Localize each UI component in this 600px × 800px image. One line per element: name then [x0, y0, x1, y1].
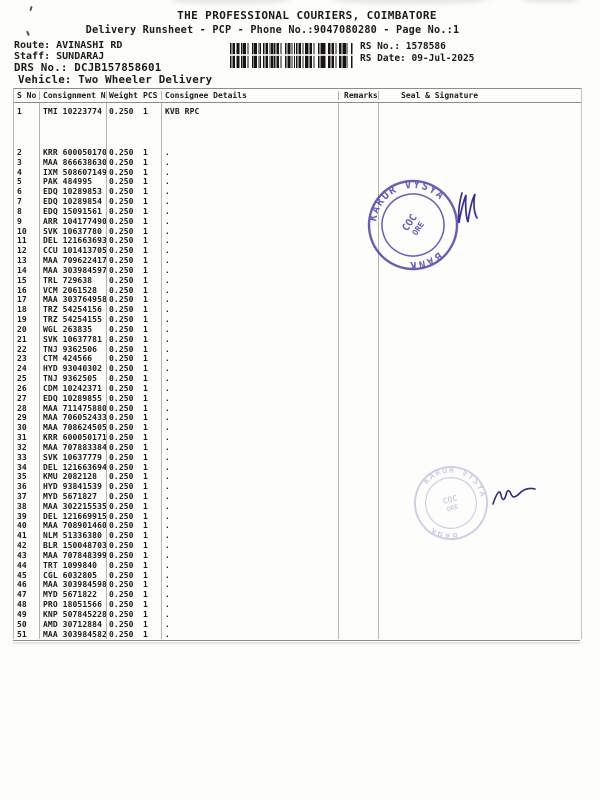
cell-remarks — [338, 394, 378, 404]
cell-sno: 20 — [14, 325, 39, 335]
cell-consignment-no: MAA 866638630 — [39, 158, 106, 168]
runsheet-barcode — [230, 43, 353, 68]
table-row: 29MAA 7060524330.2501. — [14, 413, 581, 423]
cell-pcs: 1 — [138, 502, 161, 512]
cell-remarks — [338, 286, 378, 296]
cell-pcs: 1 — [138, 512, 161, 522]
cell-consignment-no: PRO 18051566 — [39, 600, 106, 610]
cell-sno: 9 — [14, 217, 39, 227]
cell-pcs: 1 — [138, 620, 161, 630]
cell-consignment-no: MAA 303984582 — [39, 630, 106, 640]
cell-consignee: . — [161, 630, 338, 640]
stamp-bottom-text: BANK — [404, 248, 445, 275]
cell-remarks — [338, 103, 378, 148]
table-row: 25TNJ 93625050.2501. — [14, 374, 581, 384]
cell-weight: 0.250 — [106, 521, 138, 531]
cell-pcs: 1 — [138, 295, 161, 305]
cell-sno: 40 — [14, 521, 39, 531]
cell-seal-signature — [378, 315, 581, 325]
cell-consignee: . — [161, 177, 338, 187]
cell-sno: 27 — [14, 394, 39, 404]
cell-weight: 0.250 — [106, 571, 138, 581]
cell-remarks — [338, 600, 378, 610]
cell-consignee: . — [161, 463, 338, 473]
table-row: 28MAA 7114758800.2501. — [14, 404, 581, 414]
cell-seal-signature — [378, 158, 581, 168]
cell-remarks — [338, 561, 378, 571]
cell-remarks — [338, 315, 378, 325]
svg-text:BANK: BANK — [404, 248, 445, 275]
cell-consignment-no: CTM 424566 — [39, 354, 106, 364]
cell-pcs: 1 — [138, 374, 161, 384]
cell-consignee: . — [161, 620, 338, 630]
cell-pcs: 1 — [138, 103, 161, 148]
svg-text:KARUR VYSYA: KARUR VYSYA — [359, 170, 449, 225]
cell-consignee: . — [161, 482, 338, 492]
company-title: THE PROFESSIONAL COURIERS, COIMBATORE — [0, 9, 600, 22]
cell-weight: 0.250 — [106, 168, 138, 178]
stamp-top-text: KARUR VYSYA — [420, 459, 493, 501]
cell-sno: 37 — [14, 492, 39, 502]
cell-consignment-no: EDQ 10289853 — [39, 187, 106, 197]
cell-consignee: . — [161, 580, 338, 590]
cell-remarks — [338, 571, 378, 581]
table-row: 5PAK 4849950.2501. — [14, 177, 581, 187]
cell-weight: 0.250 — [106, 443, 138, 453]
cell-weight: 0.250 — [106, 492, 138, 502]
cell-sno: 8 — [14, 207, 39, 217]
cell-consignment-no: KMU 2082128 — [39, 472, 106, 482]
cell-sno: 32 — [14, 443, 39, 453]
cell-remarks — [338, 158, 378, 168]
cell-remarks — [338, 345, 378, 355]
bank-seal-stamp-faint: KARUR VYSYA BANK COC ORE — [406, 458, 496, 552]
cell-sno: 50 — [14, 620, 39, 630]
cell-weight: 0.250 — [106, 551, 138, 561]
cell-sno: 10 — [14, 227, 39, 237]
cell-remarks — [338, 580, 378, 590]
cell-consignment-no: VCM 2061528 — [39, 286, 106, 296]
cell-pcs: 1 — [138, 482, 161, 492]
col-header-remarks: Remarks — [338, 91, 378, 100]
cell-weight: 0.250 — [106, 236, 138, 246]
table-row: 30MAA 7086245050.2501. — [14, 423, 581, 433]
table-row: 1TMI 102237740.2501KVB RPC — [14, 103, 581, 148]
cell-seal-signature — [378, 305, 581, 315]
cell-consignment-no: KRR 600050170 — [39, 148, 106, 158]
cell-consignment-no: SVK 10637779 — [39, 453, 106, 463]
cell-pcs: 1 — [138, 443, 161, 453]
cell-sno: 42 — [14, 541, 39, 551]
cell-sno: 30 — [14, 423, 39, 433]
cell-seal-signature — [378, 295, 581, 305]
cell-sno: 31 — [14, 433, 39, 443]
cell-pcs: 1 — [138, 610, 161, 620]
table-row: 19TRZ 542541550.2501. — [14, 315, 581, 325]
cell-pcs: 1 — [138, 335, 161, 345]
cell-consignee: . — [161, 168, 338, 178]
cell-remarks — [338, 384, 378, 394]
cell-pcs: 1 — [138, 207, 161, 217]
col-header-pcs: PCS — [138, 91, 161, 100]
cell-seal-signature — [378, 325, 581, 335]
cell-remarks — [338, 521, 378, 531]
table-row: 45CGL 60328050.2501. — [14, 571, 581, 581]
cell-consignment-no: TMI 10223774 — [39, 103, 106, 148]
cell-consignment-no: TRL 729638 — [39, 276, 106, 286]
cell-consignment-no: EDQ 10289854 — [39, 197, 106, 207]
table-row: 7EDQ 102898540.2501. — [14, 197, 581, 207]
col-header-seal: Seal & Signature — [378, 91, 581, 100]
cell-consignee: . — [161, 217, 338, 227]
cell-sno: 45 — [14, 571, 39, 581]
cell-seal-signature — [378, 286, 581, 296]
cell-pcs: 1 — [138, 325, 161, 335]
cell-sno: 19 — [14, 315, 39, 325]
cell-consignment-no: DEL 121669915 — [39, 512, 106, 522]
cell-pcs: 1 — [138, 227, 161, 237]
cell-consignment-no: DEL 121663694 — [39, 463, 106, 473]
cell-pcs: 1 — [138, 266, 161, 276]
cell-consignee: . — [161, 335, 338, 345]
runsheet-info-left: Route: AVINASHI RD Staff: SUNDARAJ DRS N… — [14, 40, 212, 86]
table-row: 13MAA 7096224170.2501. — [14, 256, 581, 266]
cell-weight: 0.250 — [106, 364, 138, 374]
cell-consignment-no: NLM 51336380 — [39, 531, 106, 541]
cell-consignee: . — [161, 286, 338, 296]
cell-remarks — [338, 148, 378, 158]
cell-weight: 0.250 — [106, 472, 138, 482]
cell-remarks — [338, 364, 378, 374]
cell-pcs: 1 — [138, 590, 161, 600]
scan-smudge — [520, 0, 580, 3]
cell-seal-signature — [378, 384, 581, 394]
table-row: 47MYD 56718220.2501. — [14, 590, 581, 600]
cell-weight: 0.250 — [106, 345, 138, 355]
table-row: 32MAA 7078833840.2501. — [14, 443, 581, 453]
cell-consignee: . — [161, 502, 338, 512]
cell-consignment-no: SVK 10637781 — [39, 335, 106, 345]
cell-weight: 0.250 — [106, 295, 138, 305]
cell-pcs: 1 — [138, 364, 161, 374]
cell-consignee: . — [161, 266, 338, 276]
cell-pcs: 1 — [138, 197, 161, 207]
cell-consignment-no: HYD 93841539 — [39, 482, 106, 492]
cell-remarks — [338, 502, 378, 512]
cell-consignee: . — [161, 256, 338, 266]
cell-consignment-no: TRT 1099840 — [39, 561, 106, 571]
cell-sno: 43 — [14, 551, 39, 561]
cell-consignment-no: MAA 707848399 — [39, 551, 106, 561]
cell-consignment-no: TNJ 9362505 — [39, 374, 106, 384]
cell-weight: 0.250 — [106, 502, 138, 512]
table-row: 27EDQ 102898550.2501. — [14, 394, 581, 404]
cell-consignee: . — [161, 541, 338, 551]
table-row: 15TRL 7296380.2501. — [14, 276, 581, 286]
table-row: 16VCM 20615280.2501. — [14, 286, 581, 296]
cell-sno: 39 — [14, 512, 39, 522]
cell-remarks — [338, 305, 378, 315]
cell-pcs: 1 — [138, 394, 161, 404]
cell-pcs: 1 — [138, 158, 161, 168]
cell-consignment-no: MAA 706052433 — [39, 413, 106, 423]
cell-consignment-no: MYD 5671822 — [39, 590, 106, 600]
cell-consignee: . — [161, 325, 338, 335]
cell-consignment-no: MAA 303984598 — [39, 580, 106, 590]
cell-consignee: . — [161, 148, 338, 158]
cell-sno: 4 — [14, 168, 39, 178]
cell-sno: 33 — [14, 453, 39, 463]
cell-consignee: . — [161, 295, 338, 305]
cell-consignee: . — [161, 433, 338, 443]
cell-weight: 0.250 — [106, 630, 138, 640]
cell-weight: 0.250 — [106, 413, 138, 423]
cell-weight: 0.250 — [106, 561, 138, 571]
table-row: 18TRZ 542541560.2501. — [14, 305, 581, 315]
cell-remarks — [338, 541, 378, 551]
cell-weight: 0.250 — [106, 463, 138, 473]
cell-consignee: KVB RPC — [161, 103, 338, 148]
cell-pcs: 1 — [138, 168, 161, 178]
cell-weight: 0.250 — [106, 148, 138, 158]
cell-weight: 0.250 — [106, 103, 138, 148]
cell-weight: 0.250 — [106, 404, 138, 414]
cell-weight: 0.250 — [106, 620, 138, 630]
table-row: 22TNJ 93625060.2501. — [14, 345, 581, 355]
table-row: 20WGL 2638350.2501. — [14, 325, 581, 335]
cell-remarks — [338, 433, 378, 443]
runsheet-info-right: RS No.: 1578586 RS Date: 09-Jul-2025 — [360, 41, 474, 64]
table-row: 48PRO 180515660.2501. — [14, 600, 581, 610]
route-line: Route: AVINASHI RD — [14, 40, 212, 51]
cell-pcs: 1 — [138, 148, 161, 158]
cell-remarks — [338, 551, 378, 561]
cell-pcs: 1 — [138, 217, 161, 227]
cell-remarks — [338, 492, 378, 502]
table-row: 21SVK 106377810.2501. — [14, 335, 581, 345]
cell-seal-signature — [378, 394, 581, 404]
cell-pcs: 1 — [138, 600, 161, 610]
cell-consignee: . — [161, 492, 338, 502]
stamp-top-text: KARUR VYSYA — [359, 170, 449, 225]
cell-sno: 36 — [14, 482, 39, 492]
cell-pcs: 1 — [138, 384, 161, 394]
cell-consignment-no: DEL 121663693 — [39, 236, 106, 246]
cell-seal-signature — [378, 561, 581, 571]
cell-weight: 0.250 — [106, 325, 138, 335]
table-row: 14MAA 3039845970.2501. — [14, 266, 581, 276]
cell-weight: 0.250 — [106, 227, 138, 237]
cell-consignment-no: MAA 708624505 — [39, 423, 106, 433]
cell-weight: 0.250 — [106, 276, 138, 286]
cell-sno: 7 — [14, 197, 39, 207]
table-row: 3MAA 8666386300.2501. — [14, 158, 581, 168]
cell-seal-signature — [378, 364, 581, 374]
cell-remarks — [338, 453, 378, 463]
cell-remarks — [338, 354, 378, 364]
col-header-weight: Weight — [106, 91, 138, 100]
cell-weight: 0.250 — [106, 433, 138, 443]
runsheet-subtitle: Delivery Runsheet - PCP - Phone No.:9047… — [0, 25, 545, 36]
cell-consignment-no: CGL 6032805 — [39, 571, 106, 581]
cell-pcs: 1 — [138, 521, 161, 531]
cell-weight: 0.250 — [106, 246, 138, 256]
cell-consignment-no: IXM 508607149 — [39, 168, 106, 178]
cell-pcs: 1 — [138, 423, 161, 433]
table-row: 50AMD 307128840.2501. — [14, 620, 581, 630]
cell-weight: 0.250 — [106, 453, 138, 463]
cell-seal-signature — [378, 551, 581, 561]
table-bottom-border — [13, 640, 580, 641]
cell-consignee: . — [161, 590, 338, 600]
cell-consignee: . — [161, 236, 338, 246]
cell-pcs: 1 — [138, 286, 161, 296]
cell-weight: 0.250 — [106, 197, 138, 207]
cell-consignment-no: EDQ 10289855 — [39, 394, 106, 404]
cell-consignee: . — [161, 374, 338, 384]
cell-weight: 0.250 — [106, 266, 138, 276]
cell-seal-signature — [378, 374, 581, 384]
cell-remarks — [338, 610, 378, 620]
cell-weight: 0.250 — [106, 256, 138, 266]
cell-sno: 29 — [14, 413, 39, 423]
cell-consignee: . — [161, 571, 338, 581]
cell-consignment-no: MAA 709622417 — [39, 256, 106, 266]
consignment-table: S No Consignment No Weight PCS Consignee… — [13, 88, 582, 639]
cell-consignment-no: HYD 93040302 — [39, 364, 106, 374]
cell-consignment-no: KRR 600050171 — [39, 433, 106, 443]
cell-weight: 0.250 — [106, 541, 138, 551]
cell-weight: 0.250 — [106, 315, 138, 325]
cell-sno: 38 — [14, 502, 39, 512]
cell-sno: 1 — [14, 103, 39, 148]
cell-weight: 0.250 — [106, 187, 138, 197]
cell-sno: 22 — [14, 345, 39, 355]
cell-sno: 51 — [14, 630, 39, 640]
cell-pcs: 1 — [138, 187, 161, 197]
cell-weight: 0.250 — [106, 286, 138, 296]
table-row: 9ARR 1041774900.2501. — [14, 217, 581, 227]
cell-weight: 0.250 — [106, 423, 138, 433]
cell-pcs: 1 — [138, 531, 161, 541]
cell-seal-signature — [378, 413, 581, 423]
cell-consignment-no: ARR 104177490 — [39, 217, 106, 227]
table-row: 46MAA 3039845980.2501. — [14, 580, 581, 590]
scanned-delivery-runsheet: { "header": { "title": "THE PROFESSIONAL… — [0, 0, 600, 800]
cell-consignment-no: PAK 484995 — [39, 177, 106, 187]
cell-consignee: . — [161, 315, 338, 325]
signature-mark — [450, 185, 495, 235]
cell-pcs: 1 — [138, 413, 161, 423]
cell-consignment-no: KNP 507845228 — [39, 610, 106, 620]
cell-consignee: . — [161, 453, 338, 463]
stamp-bottom-text: BANK — [427, 523, 460, 543]
cell-consignee: . — [161, 364, 338, 374]
cell-consignee: . — [161, 521, 338, 531]
table-row: 6EDQ 102898530.2501. — [14, 187, 581, 197]
table-row: 8EDQ 150915610.2501. — [14, 207, 581, 217]
cell-consignee: . — [161, 158, 338, 168]
cell-remarks — [338, 531, 378, 541]
cell-consignee: . — [161, 423, 338, 433]
cell-sno: 49 — [14, 610, 39, 620]
cell-seal-signature — [378, 620, 581, 630]
cell-pcs: 1 — [138, 354, 161, 364]
cell-pcs: 1 — [138, 463, 161, 473]
table-row: 49KNP 5078452280.2501. — [14, 610, 581, 620]
cell-weight: 0.250 — [106, 374, 138, 384]
cell-seal-signature — [378, 610, 581, 620]
cell-consignee: . — [161, 305, 338, 315]
cell-sno: 11 — [14, 236, 39, 246]
table-header-row: S No Consignment No Weight PCS Consignee… — [14, 88, 581, 103]
cell-consignment-no: AMD 30712884 — [39, 620, 106, 630]
cell-remarks — [338, 325, 378, 335]
cell-consignee: . — [161, 246, 338, 256]
cell-remarks — [338, 374, 378, 384]
cell-consignee: . — [161, 207, 338, 217]
cell-consignee: . — [161, 384, 338, 394]
cell-remarks — [338, 620, 378, 630]
cell-sno: 24 — [14, 364, 39, 374]
cell-seal-signature — [378, 335, 581, 345]
cell-sno: 3 — [14, 158, 39, 168]
cell-consignee: . — [161, 354, 338, 364]
cell-remarks — [338, 590, 378, 600]
cell-sno: 23 — [14, 354, 39, 364]
cell-sno: 15 — [14, 276, 39, 286]
cell-weight: 0.250 — [106, 335, 138, 345]
col-header-sno: S No — [14, 91, 39, 100]
cell-consignment-no: TRZ 54254156 — [39, 305, 106, 315]
cell-consignment-no: TNJ 9362506 — [39, 345, 106, 355]
cell-consignment-no: MAA 302215535 — [39, 502, 106, 512]
cell-seal-signature — [378, 103, 581, 148]
cell-consignment-no: CCU 101413705 — [39, 246, 106, 256]
cell-sno: 21 — [14, 335, 39, 345]
cell-pcs: 1 — [138, 630, 161, 640]
cell-seal-signature — [378, 443, 581, 453]
signature-mark-2 — [485, 478, 540, 513]
cell-consignment-no: MAA 303764958 — [39, 295, 106, 305]
cell-sno: 17 — [14, 295, 39, 305]
cell-sno: 2 — [14, 148, 39, 158]
cell-seal-signature — [378, 423, 581, 433]
cell-weight: 0.250 — [106, 512, 138, 522]
cell-weight: 0.250 — [106, 610, 138, 620]
table-row: 26CDM 102423710.2501. — [14, 384, 581, 394]
cell-remarks — [338, 463, 378, 473]
cell-weight: 0.250 — [106, 590, 138, 600]
cell-weight: 0.250 — [106, 482, 138, 492]
scan-smudge — [170, 0, 290, 4]
cell-pcs: 1 — [138, 580, 161, 590]
table-row: 11DEL 1216636930.2501. — [14, 236, 581, 246]
cell-consignee: . — [161, 404, 338, 414]
cell-pcs: 1 — [138, 256, 161, 266]
cell-consignment-no: TRZ 54254155 — [39, 315, 106, 325]
cell-consignment-no: MAA 708901460 — [39, 521, 106, 531]
cell-consignee: . — [161, 394, 338, 404]
cell-seal-signature — [378, 580, 581, 590]
cell-sno: 12 — [14, 246, 39, 256]
cell-pcs: 1 — [138, 315, 161, 325]
cell-seal-signature — [378, 433, 581, 443]
cell-remarks — [338, 482, 378, 492]
cell-remarks — [338, 413, 378, 423]
table-row: 24HYD 930403020.2501. — [14, 364, 581, 374]
table-row: 23CTM 4245660.2501. — [14, 354, 581, 364]
